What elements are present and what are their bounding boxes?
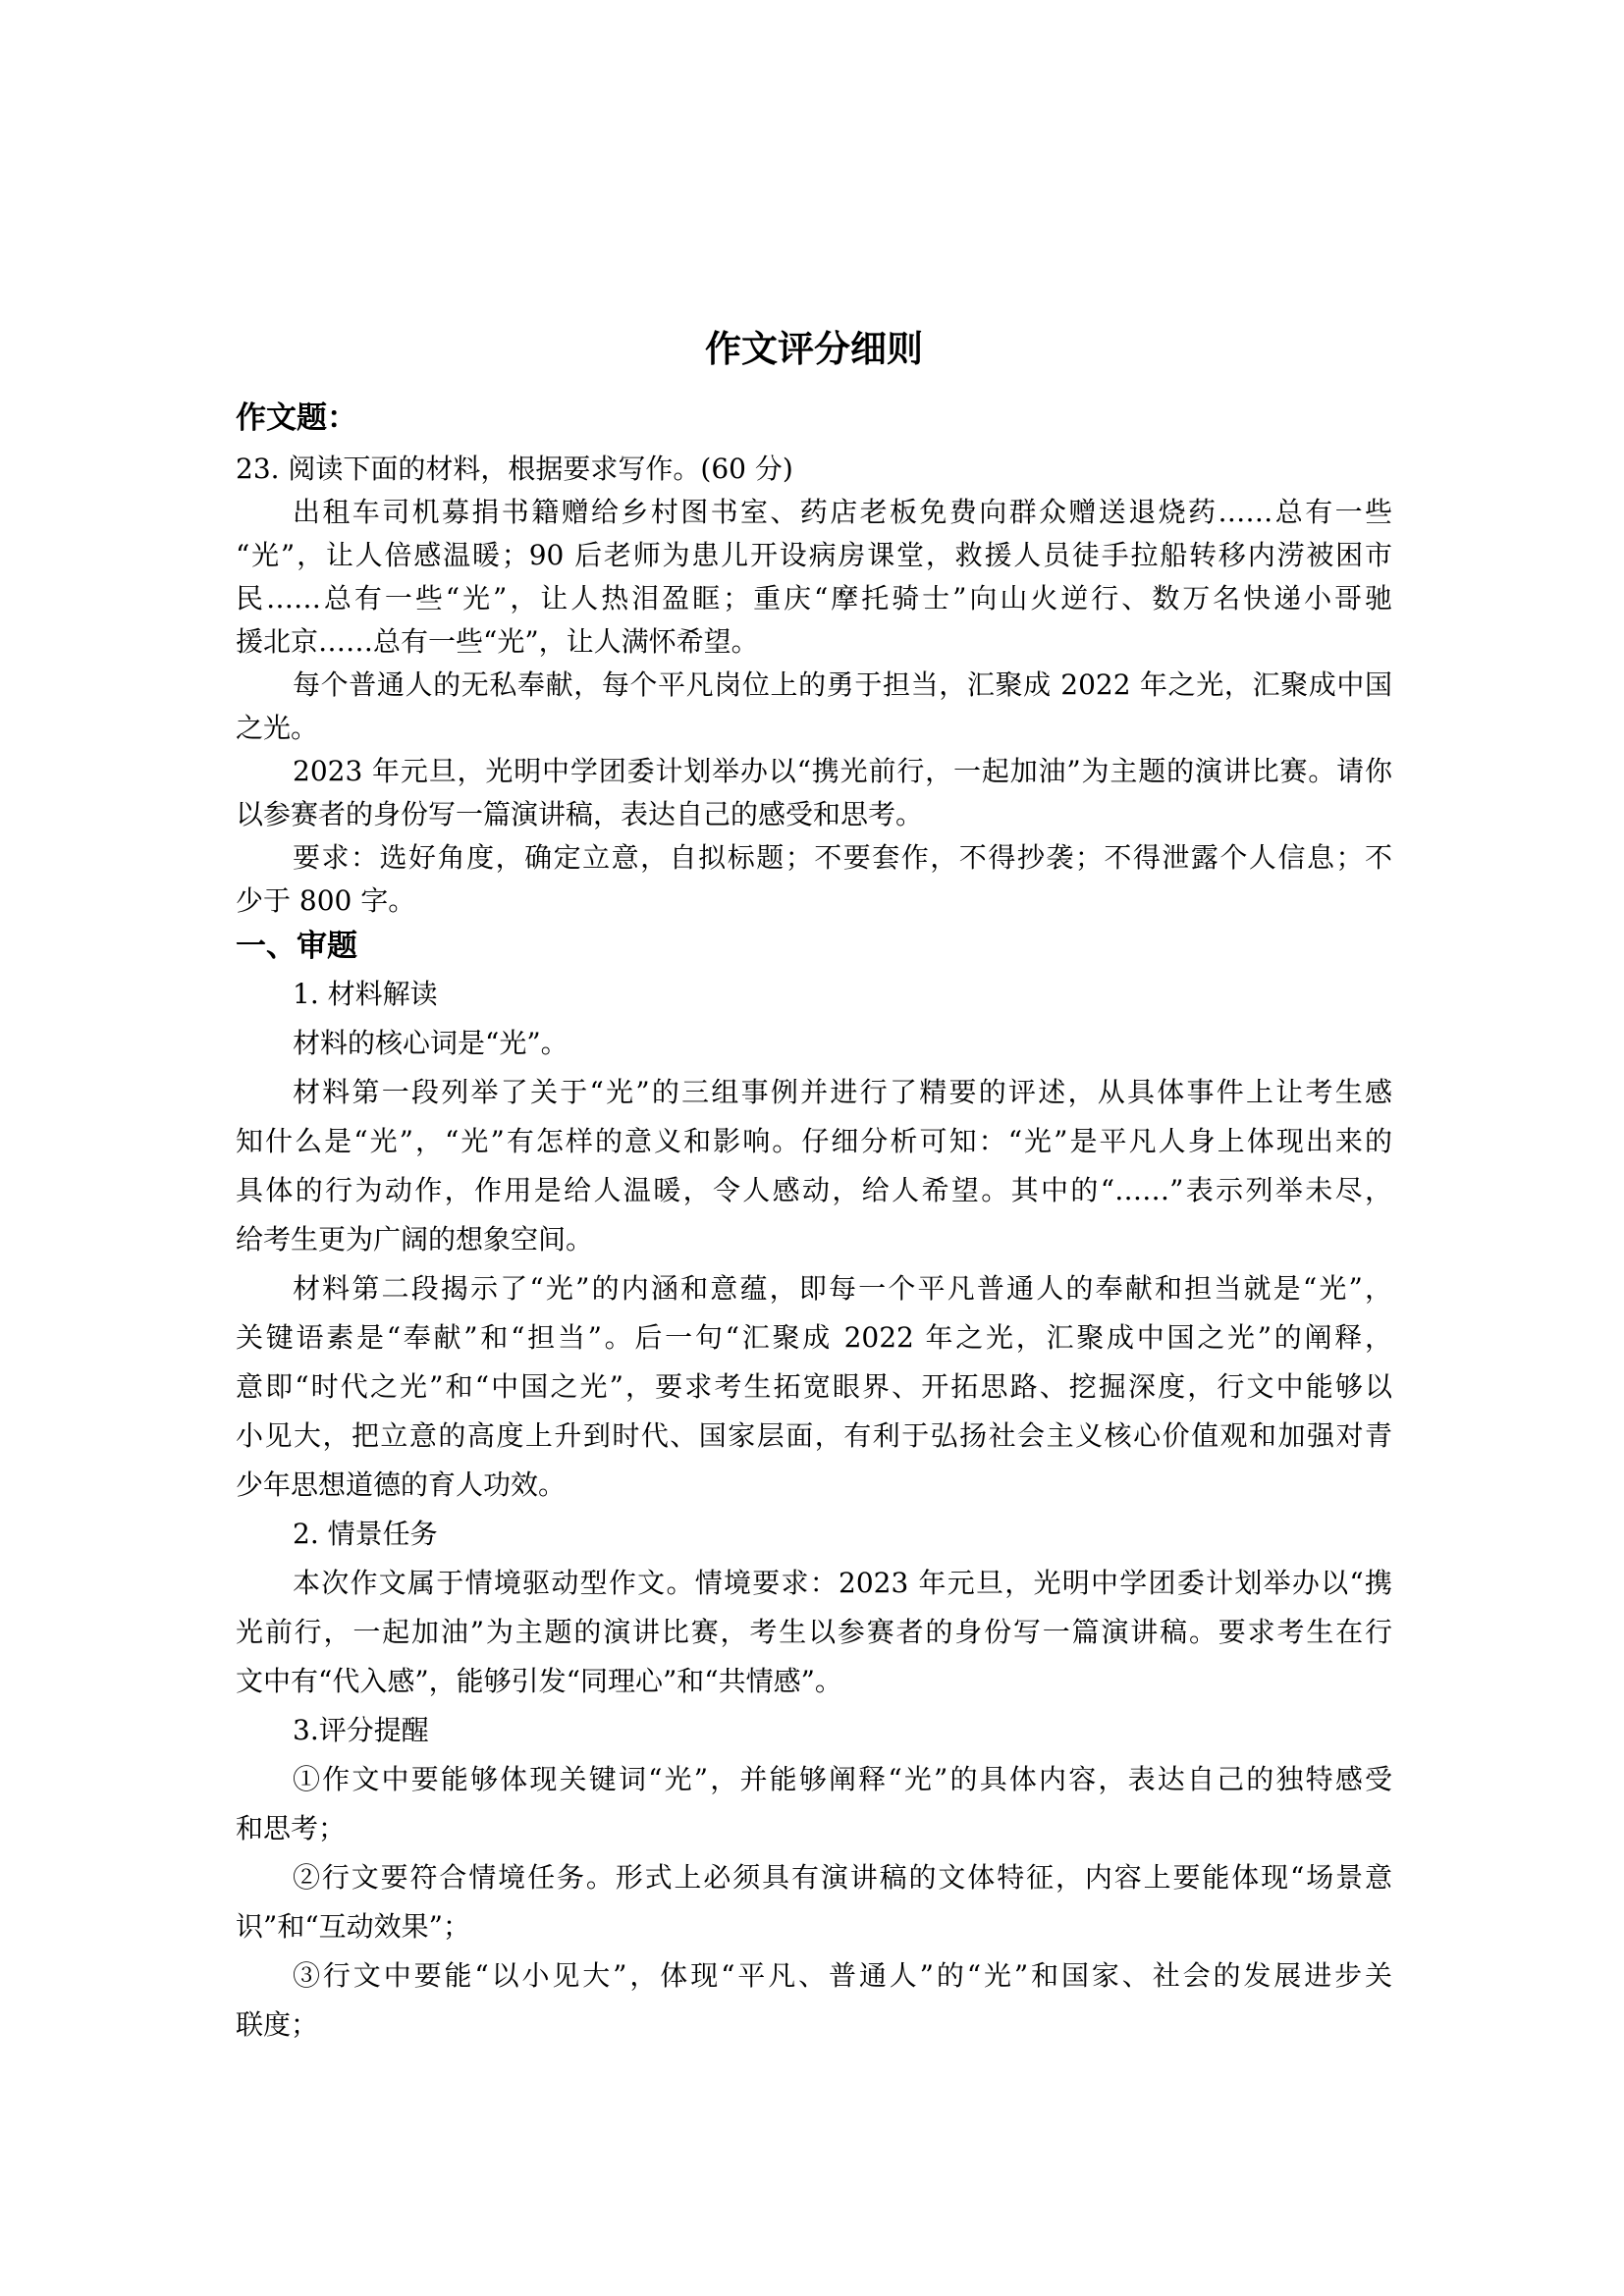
- text-line: 光前行，一起加油”为主题的演讲比赛，考生以参赛者的身份写一篇演讲稿。要求考生在行: [236, 1608, 1392, 1657]
- text-line: 之光。: [236, 707, 1392, 750]
- text-line: 关键语素是“奉献”和“担当”。后一句“汇聚成 2022 年之光，汇聚成中国之光”…: [236, 1313, 1392, 1362]
- essay-prompt-section: 23. 阅读下面的材料，根据要求写作。(60 分)出租车司机募捐书籍赠给乡村图书…: [236, 448, 1392, 923]
- text-line: 和思考；: [236, 1804, 1392, 1853]
- text-line: 2. 情景任务: [236, 1510, 1392, 1559]
- text-line: 联度；: [236, 2001, 1392, 2050]
- document-title: 作文评分细则: [236, 322, 1392, 375]
- analysis-section-heading: 一、审题: [236, 923, 1392, 970]
- text-line: 援北京……总有一些“光”，让人满怀希望。: [236, 620, 1392, 664]
- text-line: 1. 材料解读: [236, 970, 1392, 1019]
- document-content: 作文评分细则 作文题： 23. 阅读下面的材料，根据要求写作。(60 分)出租车…: [236, 322, 1392, 2050]
- text-line: 少于 800 字。: [236, 880, 1392, 923]
- text-line: 每个普通人的无私奉献，每个平凡岗位上的勇于担当，汇聚成 2022 年之光，汇聚成…: [236, 664, 1392, 707]
- document-page: 作文评分细则 作文题： 23. 阅读下面的材料，根据要求写作。(60 分)出租车…: [0, 0, 1624, 2296]
- text-line: 材料第二段揭示了“光”的内涵和意蕴，即每一个平凡普通人的奉献和担当就是“光”，: [236, 1264, 1392, 1313]
- text-line: 材料第一段列举了关于“光”的三组事例并进行了精要的评述，从具体事件上让考生感: [236, 1068, 1392, 1117]
- text-line: ②行文要符合情境任务。形式上必须具有演讲稿的文体特征，内容上要能体现“场景意: [236, 1853, 1392, 1902]
- text-line: 材料的核心词是“光”。: [236, 1019, 1392, 1068]
- text-line: 少年思想道德的育人功效。: [236, 1461, 1392, 1510]
- text-line: 以参赛者的身份写一篇演讲稿，表达自己的感受和思考。: [236, 793, 1392, 836]
- text-line: 23. 阅读下面的材料，根据要求写作。(60 分): [236, 448, 1392, 491]
- text-line: 2023 年元旦，光明中学团委计划举办以“携光前行，一起加油”为主题的演讲比赛。…: [236, 750, 1392, 793]
- analysis-section: 1. 材料解读材料的核心词是“光”。材料第一段列举了关于“光”的三组事例并进行了…: [236, 970, 1392, 2050]
- text-line: ①作文中要能够体现关键词“光”，并能够阐释“光”的具体内容，表达自己的独特感受: [236, 1755, 1392, 1804]
- text-line: “光”，让人倍感温暖；90 后老师为患儿开设病房课堂，救援人员徒手拉船转移内涝被…: [236, 534, 1392, 577]
- text-line: 出租车司机募捐书籍赠给乡村图书室、药店老板免费向群众赠送退烧药……总有一些: [236, 491, 1392, 534]
- text-line: 知什么是“光”，“光”有怎样的意义和影响。仔细分析可知：“光”是平凡人身上体现出…: [236, 1117, 1392, 1166]
- text-line: 3.评分提醒: [236, 1706, 1392, 1755]
- text-line: 本次作文属于情境驱动型作文。情境要求：2023 年元旦，光明中学团委计划举办以“…: [236, 1559, 1392, 1608]
- text-line: ③行文中要能“以小见大”，体现“平凡、普通人”的“光”和国家、社会的发展进步关: [236, 1951, 1392, 2001]
- essay-topic-label: 作文题：: [236, 395, 1392, 442]
- text-line: 具体的行为动作，作用是给人温暖，令人感动，给人希望。其中的“……”表示列举未尽，: [236, 1166, 1392, 1215]
- text-line: 要求：选好角度，确定立意，自拟标题；不要套作，不得抄袭；不得泄露个人信息；不: [236, 836, 1392, 880]
- text-line: 识”和“互动效果”；: [236, 1902, 1392, 1951]
- text-line: 小见大，把立意的高度上升到时代、国家层面，有利于弘扬社会主义核心价值观和加强对青: [236, 1412, 1392, 1461]
- text-line: 意即“时代之光”和“中国之光”，要求考生拓宽眼界、开拓思路、挖掘深度，行文中能够…: [236, 1362, 1392, 1412]
- text-line: 文中有“代入感”，能够引发“同理心”和“共情感”。: [236, 1657, 1392, 1706]
- text-line: 给考生更为广阔的想象空间。: [236, 1215, 1392, 1264]
- text-line: 民……总有一些“光”，让人热泪盈眶；重庆“摩托骑士”向山火逆行、数万名快递小哥驰: [236, 577, 1392, 620]
